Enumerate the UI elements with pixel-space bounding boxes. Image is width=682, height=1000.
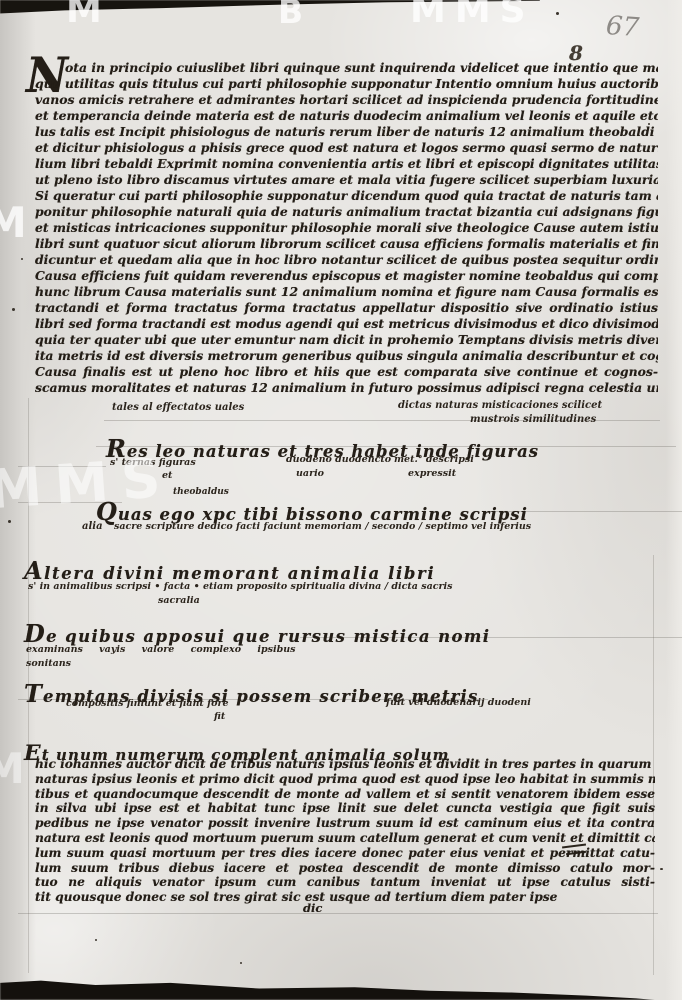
interlinear-gloss: sacralia	[158, 595, 200, 606]
text-line: libri sed forma tractandi est modus agen…	[35, 316, 658, 332]
page-gutter-shadow	[0, 0, 36, 1000]
text-line: lus talis est Incipit phisiologus de nat…	[35, 124, 658, 140]
commentary-top-block: ota in principio cuiuslibet libri quinqu…	[35, 60, 658, 396]
ink-speck	[556, 12, 559, 15]
interlinear-gloss: expressit	[408, 468, 456, 479]
interlinear-gloss: compositis finiunt et fiant fore	[66, 698, 229, 709]
text-line: et misticas intricaciones supponitur phi…	[35, 220, 658, 236]
text-line: tuo ne aliquis venator ipsum cum canibus…	[35, 875, 655, 890]
text-line: Causa finalis est ut pleno hoc libro et …	[35, 364, 658, 380]
text-line: scamus moralitates et naturas 12 animali…	[35, 380, 658, 396]
text-line: que utilitas quis titulus cui parti phil…	[35, 76, 658, 92]
text-line: et dicitur phisiologus a phisis grece qu…	[35, 140, 658, 156]
text-line: ut pleno isto libro discamus virtutes am…	[35, 172, 658, 188]
text-line: libri sunt quatuor sicut aliorum libroru…	[35, 236, 658, 252]
text-line: Causa efficiens fuit quidam reverendus e…	[35, 268, 658, 284]
interlinear-gloss: sonitans	[26, 658, 71, 669]
text-line: tibus et quandocumque descendit de monte…	[35, 787, 655, 802]
interlinear-gloss: met.° descripsi	[394, 454, 474, 465]
interlinear-gloss: fuit vel duodenarij duodeni	[386, 697, 531, 708]
text-line: ota in principio cuiuslibet libri quinqu…	[35, 60, 658, 76]
text-line: hic iohannes auctor dicit de tribus natu…	[35, 757, 655, 772]
text-line: dicuntur et quedam alia que in hoc libro…	[35, 252, 658, 268]
folio-number: 67	[605, 11, 640, 43]
text-line: tractandi et forma tractatus forma tract…	[35, 300, 658, 316]
page-right-edge	[666, 0, 682, 1000]
text-line: natura est leonis quod mortuum puerum su…	[35, 831, 655, 846]
manuscript-page: 67 8 N ota in principio cuiuslibet libri…	[0, 0, 682, 1000]
text-line: vanos amicis retrahere et admirantes hor…	[35, 92, 658, 108]
interlinear-gloss: s' ternas figuras	[110, 457, 196, 468]
interlinear-gloss: uario	[296, 468, 324, 479]
text-line: lum suum quasi mortuum per tres dies iac…	[35, 846, 655, 861]
ink-speck	[12, 308, 15, 311]
catchword: dic	[303, 901, 322, 915]
text-line: Si queratur cui parti philosophie suppon…	[35, 188, 658, 204]
text-line: lum suum tribus diebus iacere et postea …	[35, 861, 655, 876]
margin-note: alia	[82, 521, 103, 532]
text-line: naturas ipsius leonis et primo dicit quo…	[35, 772, 655, 787]
commentary-bottom-block: hic iohannes auctor dicit de tribus natu…	[35, 757, 655, 905]
text-line: et temperancia deinde materia est de nat…	[35, 108, 658, 124]
ink-speck	[95, 939, 97, 941]
text-line: tit quousque donec se sol tres girat sic…	[35, 890, 655, 905]
interlinear-gloss: s' in animalibus scripsi • facta • etiam…	[28, 581, 453, 592]
text-line: ponitur philosophie naturali quia de nat…	[35, 204, 658, 220]
ink-speck	[240, 962, 242, 964]
interlinear-gloss: fit	[214, 711, 225, 722]
ink-speck	[660, 868, 663, 870]
text-line: lium libri tebaldi Exprimit nomina conve…	[35, 156, 658, 172]
ruling-line	[18, 466, 106, 467]
text-line: in silva ubi ipse est et habitat tunc ip…	[35, 801, 655, 816]
text-line: quia ter quater ubi que uter emuntur nam…	[35, 332, 658, 348]
interlinear-gloss: sacre scripture dedico facti faciunt mem…	[114, 521, 531, 532]
interlinear-gloss: et	[162, 470, 172, 481]
ink-speck	[21, 258, 23, 260]
text-line: pedibus ne ipse venator possit invenire …	[35, 816, 655, 831]
interlinear-gloss: dictas naturas misticaciones scilicet	[398, 400, 602, 411]
interlinear-gloss: examinans vayis valore complexo ipsibus	[26, 644, 295, 655]
interlinear-gloss: tales al effectatos uales	[112, 402, 244, 413]
interlinear-gloss: mustrois similitudines	[470, 414, 596, 425]
text-line: hunc librum Causa materialis sunt 12 ani…	[35, 284, 658, 300]
ruling-line	[18, 913, 658, 914]
text-line: ita metris id est diversis metrorum gene…	[35, 348, 658, 364]
ink-speck	[8, 520, 11, 523]
interlinear-gloss: duodeno duodencto	[286, 454, 391, 465]
interlinear-gloss: theobaldus	[173, 487, 229, 497]
